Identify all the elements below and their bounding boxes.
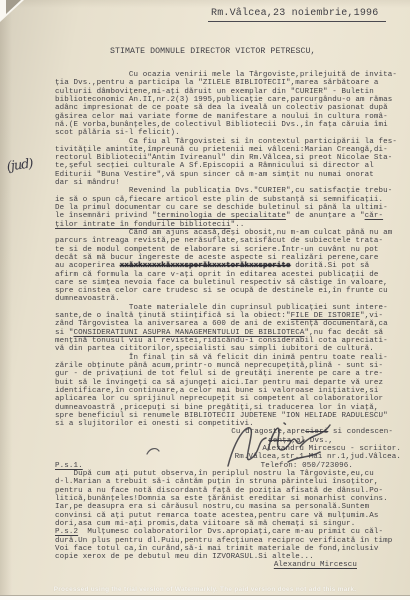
letter-line: d-l.Marian a trebuit să-i cântăm puțin î… (55, 478, 401, 486)
letter-text-segment: le însemnări privind " (55, 212, 157, 220)
letter-line: Cu ocazia venirii mele la Târgoviste,pri… (55, 71, 401, 79)
letter-text-segment: au acoperirea (55, 262, 120, 270)
letter-text-segment: convinsi că ați putut remarca toate aces… (55, 512, 378, 520)
letter-text-segment: ",vi- (360, 312, 383, 320)
letter-text-segment: ".. (231, 221, 245, 229)
letter-text-segment: culturii dâmbovițene,mi-ați dăruit un ex… (55, 88, 374, 96)
watermark-text: Processed using the trial version of Wat… (0, 586, 410, 593)
letter-text-segment: dorită.Si pot să (291, 262, 370, 270)
letter-line: dură.Un plus pentru dl.Puiu,pentru afecț… (55, 537, 401, 545)
letter-text-segment: aplicarea lor cu sprijinul neprecupețit … (55, 395, 383, 403)
letter-text-segment: CONSIDERATIUNI ASUPRA MANAGEMENTULUI DE … (73, 329, 304, 337)
letter-text-segment: afirm că formula la care v-ați oprit în … (55, 271, 378, 279)
letter-text-segment: adânc impresionat de ce poate să dea la … (55, 104, 388, 112)
letter-text-segment: Ca fiu al Târgovistei si în contextul pa… (55, 138, 397, 146)
letter-line: ie să o spun că,fiecare articol este pli… (55, 196, 401, 204)
letter-line: găsirea celor mai variate forme de manif… (55, 113, 401, 121)
scan-left-shadow (0, 0, 12, 600)
letter-text-segment: parcurs întreaga revistă,pe nerăsuflate,… (55, 237, 383, 245)
letter-text-segment: De la primul documentar cu care se desch… (55, 204, 388, 212)
letter-line: Iar,pe deasupra era si cărăusul nostru,c… (55, 503, 401, 511)
handwritten-signature-icon (224, 416, 346, 474)
letter-line: vă din partea cititorilor,specialisti sa… (55, 345, 401, 353)
letter-line: si "CONSIDERATIUNI ASUPRA MANAGEMENTULUI… (55, 329, 401, 337)
letter-line: Editurii "Buna Vestire",vă spun sincer c… (55, 171, 401, 179)
letter-line: le însemnări privind "terminologia de sp… (55, 212, 401, 220)
letter-text-segment: vă din partea cititorilor,specialisti sa… (55, 345, 374, 353)
letter-text-segment: ie să o spun că,fiecare articol este pli… (55, 196, 383, 204)
letter-text-segment: Mulțumesc colaboratorilor Dvs.apropiați,… (78, 528, 383, 536)
letter-text-segment: Editurii "Buna Vestire",vă spun sincer c… (55, 171, 374, 179)
letter-line: convinsi că ați putut remarca toate aces… (55, 512, 401, 520)
letter-text-segment: mențină tonusul viu al revistei,ridicând… (55, 337, 388, 345)
letter-text-segment: zând Târgovistea la aniversarea a 600 de… (55, 320, 388, 328)
letter-text-segment: dumneavoastră. (55, 295, 120, 303)
letter-text-segment: copie xerox de pe debutul meu din IZVORA… (55, 553, 314, 561)
letter-text-segment: terminologia de specialitate (157, 212, 286, 220)
letter-text-segment: Voi face totul ca,în curând,să-i mai tri… (55, 545, 378, 553)
letter-line: gur - de privațiuni de tot felul si de g… (55, 370, 401, 378)
letter-line: zând Târgovistea la aniversarea a 600 de… (55, 320, 401, 328)
letter-line: scot pălăria si-l felicit). (55, 129, 401, 137)
letter-line: decât să mă bucur îngereste de aceste as… (55, 254, 401, 262)
letter-text-segment: ția Dvs.,pentru a participa la "ZILELE B… (55, 79, 378, 87)
letter-text-segment: dură.Un plus pentru dl.Puiu,pentru afecț… (55, 537, 392, 545)
letter-text-segment: spre cinstea celor care trudesc si se oc… (55, 287, 388, 295)
letter-line: pentru a nu face notă discordantă față d… (55, 487, 401, 495)
letter-text-segment: FILE DE ISTORIE (291, 312, 360, 320)
letter-line: sante,de o înaltă ținută stiințifică si … (55, 312, 401, 320)
letter-text-segment: sante,de o înaltă ținută stiințifică si … (55, 312, 291, 320)
letter-body: Cu ocazia venirii mele la Târgoviste,pri… (55, 71, 401, 570)
letter-text-segment: si " (55, 329, 73, 337)
letter-text-segment: identificare,în continuare,a celor mai b… (55, 387, 378, 395)
letter-text-segment: nă.(E vorba,bunânțeles,de colectivul Bib… (55, 121, 388, 129)
letter-text-segment: dumneavoastră ,pricepuți si bine pregăti… (55, 404, 378, 412)
letter-line: ția Dvs.,pentru a participa la "ZILELE B… (55, 79, 401, 87)
letter-line: tivitățile amintite,împreună cu prieteni… (55, 146, 401, 154)
letter-line: mențină tonusul viu al revistei,ridicând… (55, 337, 401, 345)
margin-annotation-handwriting: (jud) (0, 144, 41, 192)
letter-line: litică,bunânțeles!Domnia sa este țărănis… (55, 495, 401, 503)
letter-line: Toate materialele din cuprinsul publicaț… (55, 304, 401, 312)
letter-text-segment: tivitățile amintite,împreună cu prieteni… (55, 146, 388, 154)
letter-text-segment: căr- (365, 212, 383, 220)
handwritten-correction-mark-icon (146, 447, 162, 456)
letter-line: ților intrate în fondurile bibliotecii".… (55, 221, 401, 229)
letter-text-segment: dori,asa cum mi-ați promis,data viitoare… (55, 520, 355, 528)
letter-text-segment: gur - de privațiuni de tot felul si de g… (55, 370, 383, 378)
letter-text-segment: Toate materialele din cuprinsul publicaț… (55, 304, 388, 312)
letter-line: identificare,în continuare,a celor mai b… (55, 387, 401, 395)
page-corner-fold-shadow (6, 0, 21, 14)
letter-line: care se simțea nevoia face ca buletinul … (55, 279, 401, 287)
letter-line: rectorul Bibliotecii"Antim Ivireanul" di… (55, 154, 401, 162)
letter-line: biblioteconomic An.II,nr.2(3) 1995,publi… (55, 96, 401, 104)
letter-text-segment: ",nu fac decât să (305, 329, 384, 337)
letter-text-segment: xxăxkxxxxkăxxxsperăkxxxtorăkxxsperite (120, 262, 291, 270)
letter-text-segment: ților intrate în fondurile bibliotecii (55, 221, 231, 229)
letter-line: Alexandru Mircescu (55, 561, 401, 569)
letter-text-segment: decât să mă bucur îngereste de aceste as… (55, 254, 378, 262)
letter-line: parcurs întreaga revistă,pe nerăsuflate,… (55, 237, 401, 245)
letter-text-segment: Revenind la publicația Dvs."CURIER",cu s… (55, 187, 392, 195)
scan-bottom-edge (0, 595, 410, 600)
letter-line: aplicarea lor cu sprijinul neprecupețit … (55, 395, 401, 403)
letter-text-segment: Iar,pe deasupra era si cărăusul nostru,c… (55, 503, 369, 511)
letter-text-segment: Alexandru Mircescu (274, 561, 357, 569)
letter-text-segment: În final țin să vă felicit din inimă pen… (55, 354, 388, 362)
letter-text-segment: te si de modul competent de elaborare si… (55, 246, 378, 254)
letter-line: dori,asa cum mi-ați promis,data viitoare… (55, 520, 401, 528)
letter-line: Când am ajuns acasă,deși obosit,nu m-am … (55, 229, 401, 237)
letter-line: au acoperirea xxăxkxxxxkăxxxsperăkxxxtor… (55, 262, 401, 270)
letter-line: dumneavoastră ,pricepuți si bine pregăti… (55, 404, 401, 412)
letter-line: P.s.2 Mulțumesc colaboratorilor Dvs.apro… (55, 528, 401, 536)
letter-line: culturii dâmbovițene,mi-ați dăruit un ex… (55, 88, 401, 96)
letter-text-segment: litică,bunânțeles!Domnia sa este țărănis… (55, 495, 388, 503)
letter-text-segment: dar si mândru! (55, 179, 120, 187)
letter-text-segment: te,șeful secției culturale A Sf.Episcopi… (55, 162, 374, 170)
letter-line: De la primul documentar cu care se desch… (55, 204, 401, 212)
letter-line: afirm că formula la care v-ați oprit în … (55, 271, 401, 279)
letter-line: Revenind la publicația Dvs."CURIER",cu s… (55, 187, 401, 195)
letter-line: dar si mândru! (55, 179, 401, 187)
letter-text-segment: P.s.1. (55, 462, 83, 470)
letter-text-segment: d-l.Marian a trebuit să-i cântăm puțin î… (55, 478, 378, 486)
letter-line: te,șeful secției culturale A Sf.Episcopi… (55, 162, 401, 170)
date-line: Rm.Vâlcea,23 noiembrie,1996 (208, 8, 386, 22)
letter-text-segment: " de anunțare a " (286, 212, 365, 220)
letter-line: dumneavoastră. (55, 295, 401, 303)
letter-line: adânc impresionat de ce poate să dea la … (55, 104, 401, 112)
letter-text-segment: biblioteconomic An.II,nr.2(3) 1995,publi… (55, 96, 392, 104)
letter-line: spre cinstea celor care trudesc si se oc… (55, 287, 401, 295)
letter-text-segment: găsirea celor mai variate forme de manif… (55, 113, 388, 121)
letter-text-segment: rectorul Bibliotecii"Antim Ivireanul" di… (55, 154, 392, 162)
letter-line-left: P.s.1. (55, 462, 83, 470)
letter-line: zările obținute până acum,printr-o muncă… (55, 362, 401, 370)
letter-text-segment: P.s.2 (55, 528, 78, 536)
letter-line: te si de modul competent de elaborare si… (55, 246, 401, 254)
letter-text-segment: Cu ocazia venirii mele la Târgoviste,pri… (55, 71, 397, 79)
letter-line: În final țin să vă felicit din inimă pen… (55, 354, 401, 362)
letter-text-segment: pentru a nu face notă discordantă față d… (55, 487, 383, 495)
letter-line: Ca fiu al Târgovistei si în contextul pa… (55, 138, 401, 146)
letter-line: nă.(E vorba,bunânțeles,de colectivul Bib… (55, 121, 401, 129)
document-page: Rm.Vâlcea,23 noiembrie,1996 STIMATE DOMN… (0, 0, 410, 600)
letter-line: Voi face totul ca,în curând,să-i mai tri… (55, 545, 401, 553)
letter-line: buit să le învingeți ca să ajungeți aici… (55, 379, 401, 387)
letter-text-segment: care se simțea nevoia face ca buletinul … (55, 279, 388, 287)
letter-text-segment: scot pălăria si-l felicit). (55, 129, 180, 137)
letter-text-segment: Când am ajuns acasă,deși obosit,nu m-am … (55, 229, 392, 237)
letter-text-segment: zările obținute până acum,printr-o muncă… (55, 362, 383, 370)
salutation-line: STIMATE DOMNULE DIRECTOR VICTOR PETRESCU… (110, 47, 316, 56)
scan-top-shadow (0, 0, 410, 8)
letter-text-segment: buit să le învingeți ca să ajungeți aici… (55, 379, 383, 387)
letter-line: copie xerox de pe debutul meu din IZVORA… (55, 553, 401, 561)
